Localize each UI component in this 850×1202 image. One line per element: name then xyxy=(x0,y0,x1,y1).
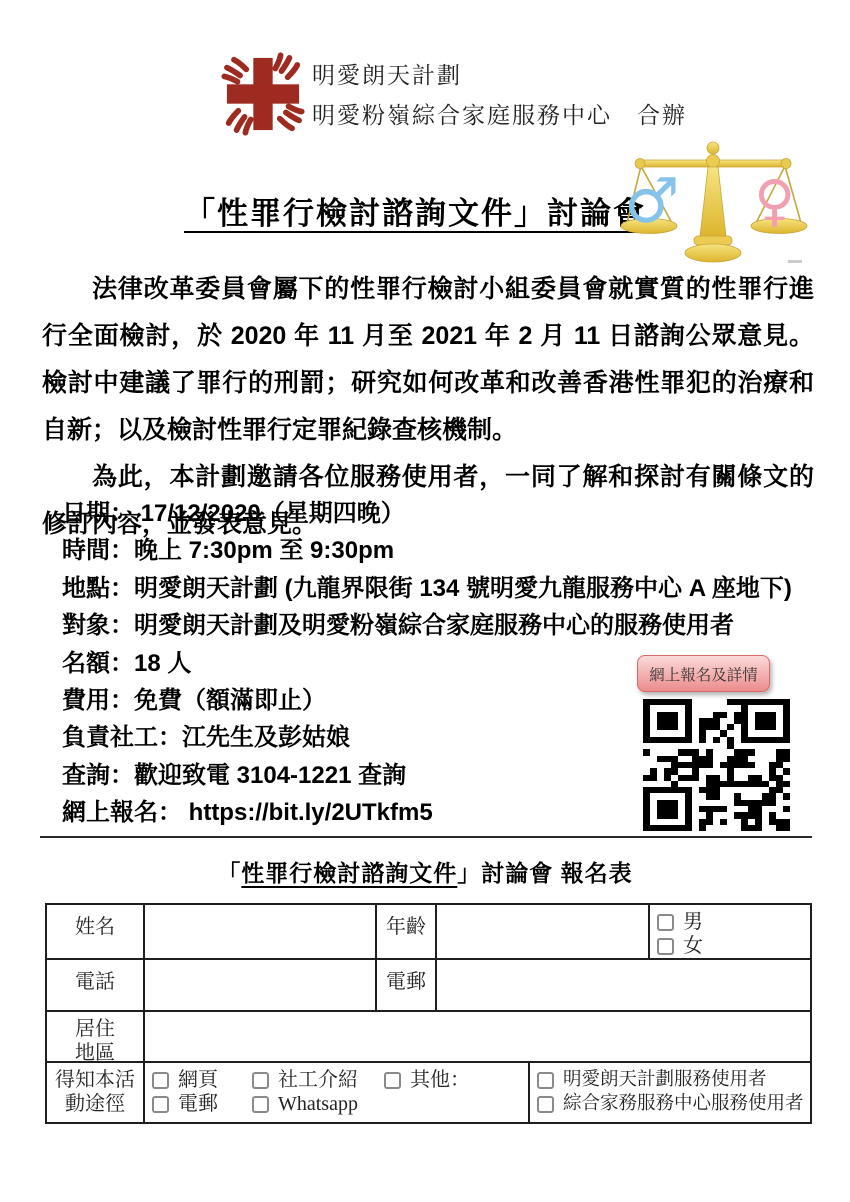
table-row: 電話 電郵 xyxy=(47,960,810,1012)
checkbox-longtin-user-icon xyxy=(537,1072,554,1089)
gender-option-male: 男 xyxy=(683,910,703,934)
checkbox-email-icon xyxy=(152,1096,169,1113)
age-label: 年齡 xyxy=(377,905,437,958)
flyer-page: 明愛朗天計劃 明愛粉嶺綜合家庭服務中心 合辦 「性罪行檢討諮詢文件」討論會 ♂ xyxy=(0,0,850,1202)
source-option-email: 電郵 xyxy=(178,1092,218,1116)
email-field xyxy=(437,960,810,1010)
checkbox-other-icon xyxy=(384,1072,401,1089)
checkbox-whatsapp-icon xyxy=(252,1096,269,1113)
gender-cell: 男 女 xyxy=(650,905,810,958)
detail-venue: 地點：明愛朗天計劃 (九龍界限街 134 號明愛九龍服務中心 A 座地下) xyxy=(62,570,824,607)
age-field xyxy=(437,905,650,958)
checkbox-ifsc-user-icon xyxy=(537,1096,554,1113)
male-symbol-icon: ♂ xyxy=(624,164,680,237)
form-title-underlined: 性罪行檢討諮詢文件 xyxy=(241,860,457,886)
paragraph-1: 法律改革委員會屬下的性罪行檢討小組委員會就實質的性罪行進行全面檢討，於 2020… xyxy=(42,266,814,454)
detail-date: 日期： 17/12/2020（星期四晚） xyxy=(62,495,824,532)
female-symbol-icon: ♀ xyxy=(754,169,795,234)
district-field xyxy=(145,1012,810,1061)
gender-option-female: 女 xyxy=(683,934,703,958)
org-line2: 明愛粉嶺綜合家庭服務中心 合辦 xyxy=(312,96,687,136)
table-row: 姓名 年齡 男 女 xyxy=(47,905,810,960)
detail-time: 時間：晚上 7:30pm 至 9:30pm xyxy=(62,532,824,569)
name-label: 姓名 xyxy=(47,905,145,958)
caritas-logo-icon xyxy=(218,50,308,138)
phone-field xyxy=(145,960,377,1010)
name-field xyxy=(145,905,377,958)
table-row: 居住 地區 xyxy=(47,1012,810,1063)
user-type-option-ifsc: 綜合家務服務中心服務使用者 xyxy=(563,1092,804,1116)
user-type-cell: 明愛朗天計劃服務使用者 綜合家務服務中心服務使用者 xyxy=(530,1063,810,1122)
source-option-web: 網頁 xyxy=(178,1068,218,1092)
page-title: 「性罪行檢討諮詢文件」討論會 xyxy=(184,188,646,233)
detail-target: 對象：明愛朗天計劃及明愛粉嶺綜合家庭服務中心的服務使用者 xyxy=(62,607,824,644)
organisation-names: 明愛朗天計劃 明愛粉嶺綜合家庭服務中心 合辦 xyxy=(312,56,687,136)
user-type-option-longtin: 明愛朗天計劃服務使用者 xyxy=(563,1068,767,1092)
table-row: 得知本活 動途徑 網頁 社工介紹 其他： 電郵 Whatsapp 明愛朗天計劃服… xyxy=(47,1063,810,1122)
source-options-cell: 網頁 社工介紹 其他： 電郵 Whatsapp xyxy=(145,1063,530,1122)
online-registration-badge-label: 網上報名及詳情 xyxy=(649,663,758,685)
checkbox-female-icon xyxy=(657,938,674,955)
source-option-social-worker: 社工介紹 xyxy=(278,1068,358,1092)
checkbox-social-worker-icon xyxy=(252,1072,269,1089)
online-registration-badge: 網上報名及詳情 xyxy=(637,655,770,692)
gender-scales-image: ♂ ♀ xyxy=(620,140,808,266)
source-option-other: 其他： xyxy=(410,1068,470,1092)
source-label: 得知本活 動途徑 xyxy=(47,1063,145,1122)
source-option-whatsapp: Whatsapp xyxy=(278,1092,358,1116)
section-divider xyxy=(40,836,812,838)
registration-table: 姓名 年齡 男 女 電話 電郵 居住 地區 得知本活 動途徑 xyxy=(45,903,812,1124)
district-label: 居住 地區 xyxy=(47,1012,145,1061)
form-title: 「性罪行檢討諮詢文件」討論會 報名表 xyxy=(0,855,850,888)
phone-label: 電話 xyxy=(47,960,145,1010)
qr-code xyxy=(643,699,790,831)
checkbox-male-icon xyxy=(657,914,674,931)
checkbox-web-icon xyxy=(152,1072,169,1089)
email-label: 電郵 xyxy=(377,960,437,1010)
watermark xyxy=(788,260,802,263)
org-line1: 明愛朗天計劃 xyxy=(312,56,687,96)
